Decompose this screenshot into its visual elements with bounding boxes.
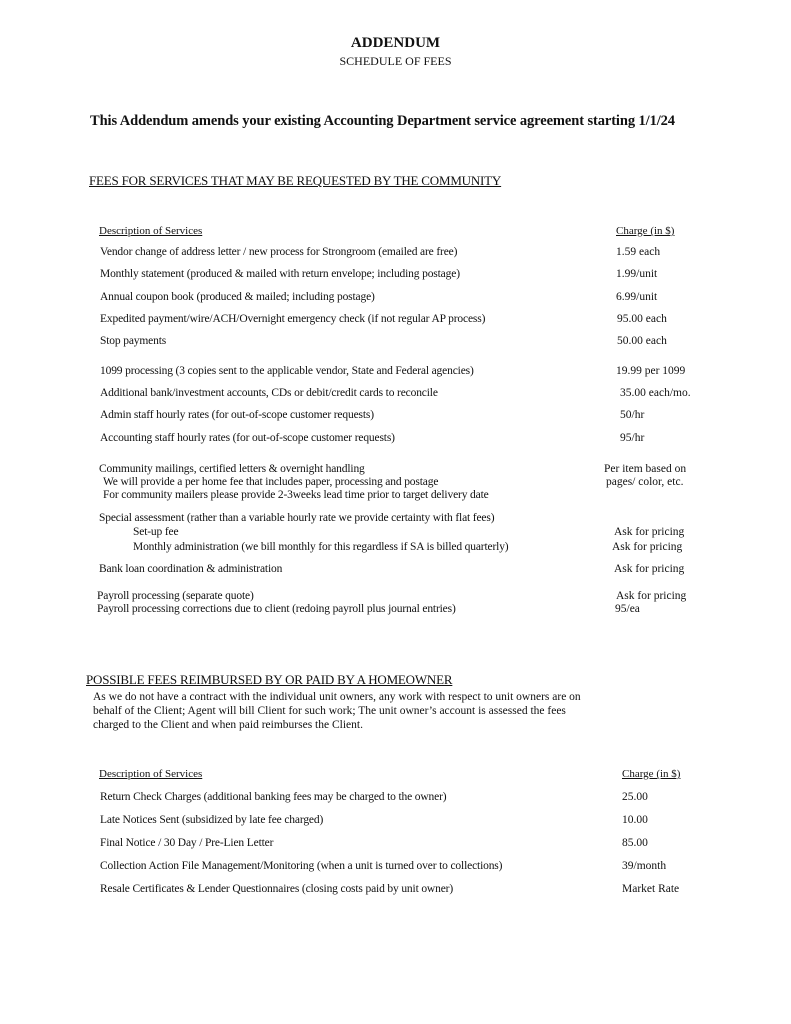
fee-row-charge: 6.99/unit — [616, 291, 657, 303]
mailings-detail-2: For community mailers please provide 2-3… — [103, 489, 489, 501]
fee-row-charge: 95/hr — [620, 432, 644, 444]
fee-row-description: Stop payments — [100, 335, 166, 347]
homeowner-explanation: As we do not have a contract with the in… — [93, 690, 593, 732]
fee-row-charge: 50.00 each — [617, 335, 667, 347]
fee-row-charge: 95.00 each — [617, 313, 667, 325]
document-title: ADDENDUM — [0, 35, 791, 52]
bank-loan-charge: Ask for pricing — [614, 563, 684, 575]
payroll-charge: Ask for pricing — [616, 590, 686, 602]
fee-row-charge: 1.99/unit — [616, 268, 657, 280]
community-col-charge: Charge (in $) — [616, 225, 674, 237]
fee-row-description: Accounting staff hourly rates (for out-o… — [100, 432, 395, 444]
fee-row-description: Vendor change of address letter / new pr… — [100, 246, 457, 258]
fee-row-description: Monthly statement (produced & mailed wit… — [100, 268, 460, 280]
fee-row-description: Additional bank/investment accounts, CDs… — [100, 387, 438, 399]
fee-row-charge: 1.59 each — [616, 246, 660, 258]
fee-row-description: Resale Certificates & Lender Questionnai… — [100, 883, 453, 895]
special-assessment-monthly: Monthly administration (we bill monthly … — [133, 541, 509, 553]
fee-row-charge: 85.00 — [622, 837, 648, 849]
community-col-description: Description of Services — [99, 225, 202, 237]
special-assessment-monthly-charge: Ask for pricing — [612, 541, 682, 553]
homeowner-col-charge: Charge (in $) — [622, 768, 680, 780]
fee-row-charge: 10.00 — [622, 814, 648, 826]
fee-row-charge: Market Rate — [622, 883, 679, 895]
homeowner-col-description: Description of Services — [99, 768, 202, 780]
fee-row-description: 1099 processing (3 copies sent to the ap… — [100, 365, 474, 377]
payroll-corrections-description: Payroll processing corrections due to cl… — [97, 603, 456, 615]
fee-row-charge: 19.99 per 1099 — [616, 365, 685, 377]
mailings-description: Community mailings, certified letters & … — [99, 463, 365, 475]
bank-loan-description: Bank loan coordination & administration — [99, 563, 282, 575]
special-assessment-description: Special assessment (rather than a variab… — [99, 512, 494, 524]
special-assessment-setup-charge: Ask for pricing — [614, 526, 684, 538]
mailings-detail-1: We will provide a per home fee that incl… — [103, 476, 438, 488]
community-section-heading: FEES FOR SERVICES THAT MAY BE REQUESTED … — [89, 173, 501, 189]
fee-row-description: Expedited payment/wire/ACH/Overnight eme… — [100, 313, 485, 325]
fee-row-description: Late Notices Sent (subsidized by late fe… — [100, 814, 323, 826]
fee-row-description: Final Notice / 30 Day / Pre-Lien Letter — [100, 837, 273, 849]
intro-statement: This Addendum amends your existing Accou… — [90, 113, 675, 130]
fee-row-description: Return Check Charges (additional banking… — [100, 791, 446, 803]
fee-row-description: Admin staff hourly rates (for out-of-sco… — [100, 409, 374, 421]
fee-row-charge: 35.00 each/mo. — [620, 387, 691, 399]
homeowner-section-heading: POSSIBLE FEES REIMBURSED BY OR PAID BY A… — [86, 672, 452, 688]
fee-row-description: Collection Action File Management/Monito… — [100, 860, 502, 872]
payroll-description: Payroll processing (separate quote) — [97, 590, 254, 602]
fee-row-description: Annual coupon book (produced & mailed; i… — [100, 291, 375, 303]
fee-row-charge: 39/month — [622, 860, 666, 872]
document-subtitle: SCHEDULE OF FEES — [0, 54, 791, 69]
fee-row-charge: 25.00 — [622, 791, 648, 803]
payroll-corrections-charge: 95/ea — [615, 603, 640, 615]
mailings-charge-1: Per item based on — [604, 463, 686, 475]
special-assessment-setup: Set-up fee — [133, 526, 178, 538]
mailings-charge-2: pages/ color, etc. — [606, 476, 683, 488]
fee-row-charge: 50/hr — [620, 409, 644, 421]
